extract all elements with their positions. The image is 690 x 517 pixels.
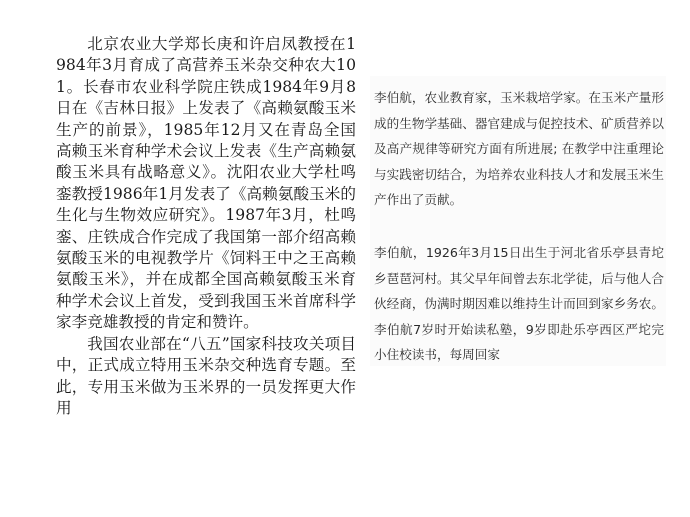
left-text-column: 北京农业大学郑长庚和许启凤教授在1984年3月育成了高营养玉米杂交种农大101。… (56, 34, 356, 419)
left-paragraph-1: 北京农业大学郑长庚和许启凤教授在1984年3月育成了高营养玉米杂交种农大101。… (56, 34, 356, 334)
right-text-column: 李伯航，农业教育家，玉米栽培学家。在玉米产量形成的生物学基础、器官建成与促控技术… (374, 85, 664, 368)
left-paragraph-2: 我国农业部在“八五”国家科技攻关项目中，正式成立特用玉米杂交种选育专题。至此，专… (56, 334, 356, 420)
right-paragraph-1: 李伯航，农业教育家，玉米栽培学家。在玉米产量形成的生物学基础、器官建成与促控技术… (374, 85, 664, 213)
right-paragraph-2: 李伯航，1926年3月15日出生于河北省乐亭县青坨乡琶琶河村。其父早年间曾去东北… (374, 240, 664, 368)
